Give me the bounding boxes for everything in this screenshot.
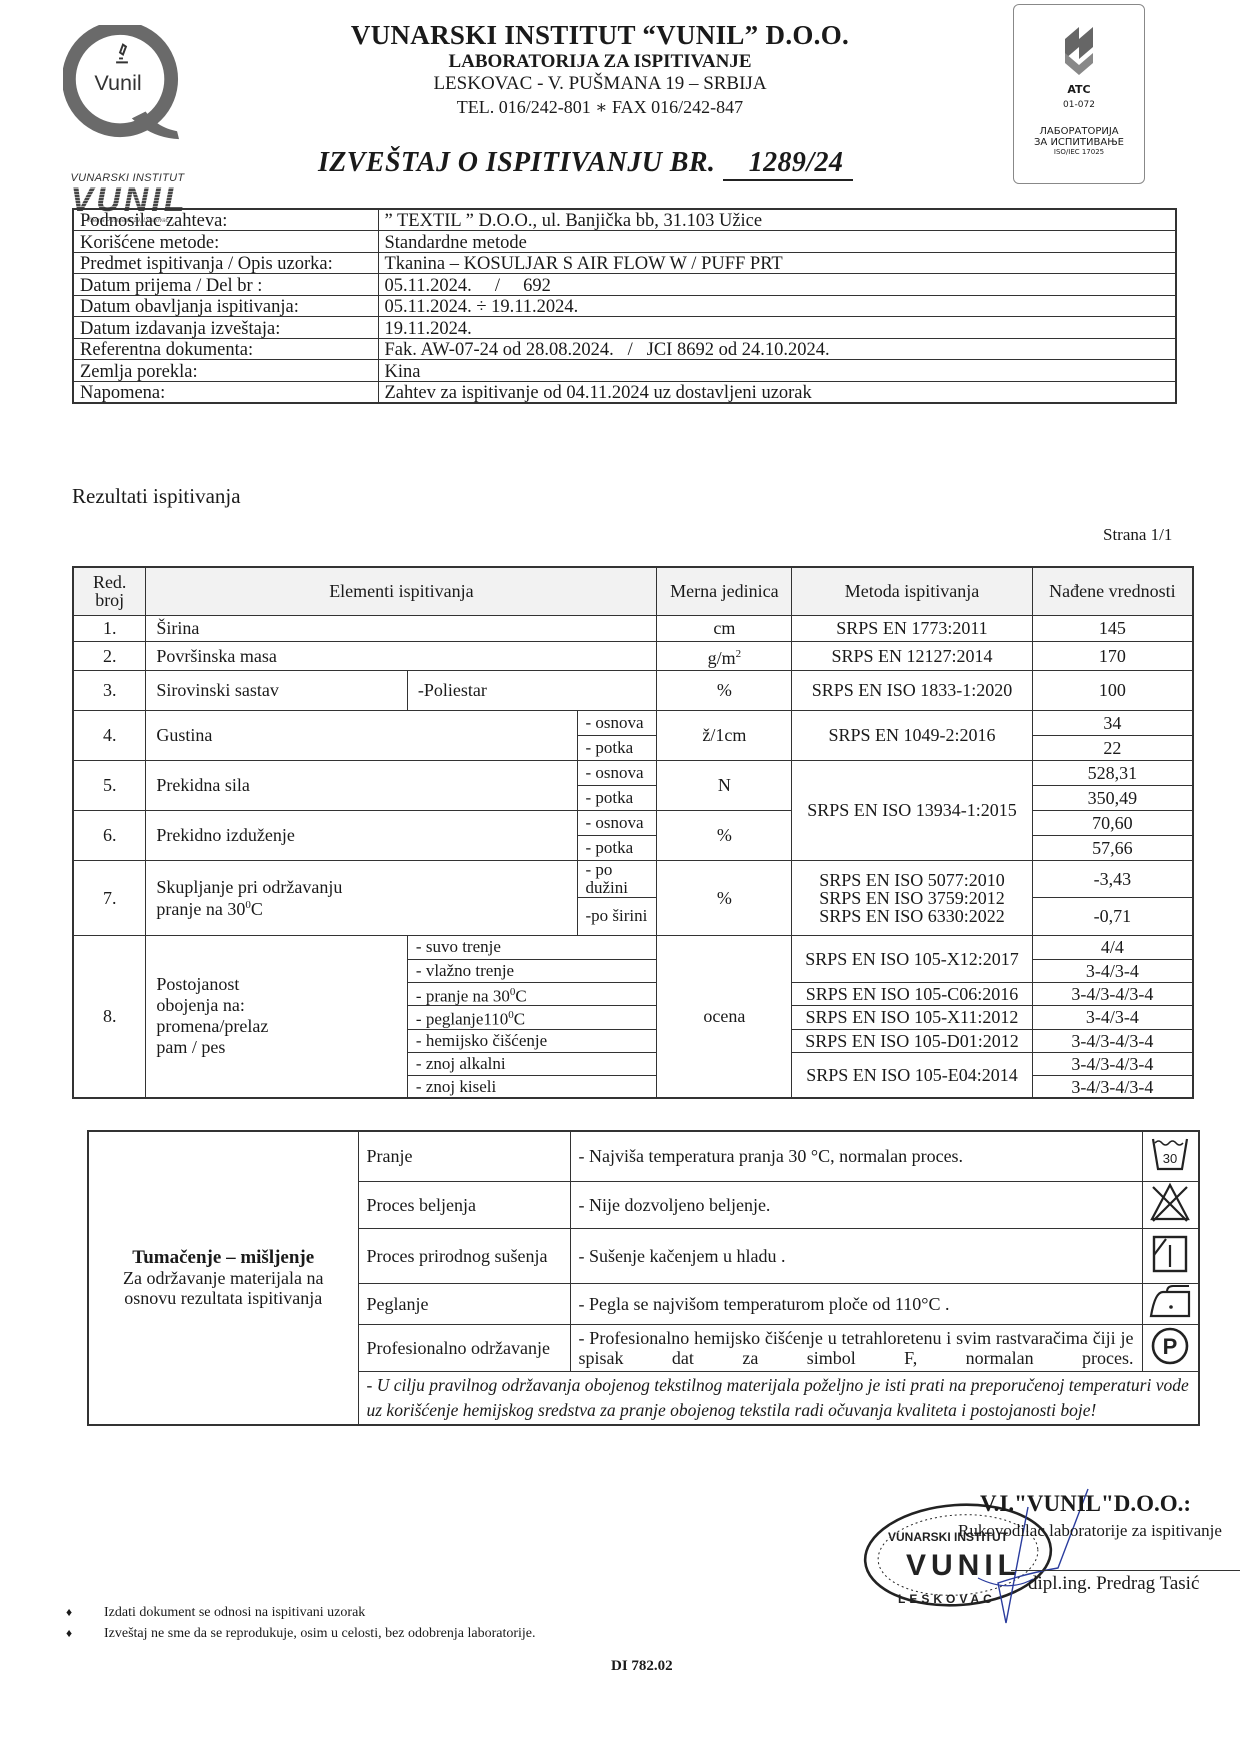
info-value: Standardne metode <box>378 231 1176 253</box>
care-intro-title: Tumačenje – mišljenje <box>132 1247 314 1268</box>
results-table: Red. broj Elementi ispitivanja Merna jed… <box>72 566 1194 1099</box>
lab-address: LESKOVAC - V. PUŠMANA 19 – SRBIJA <box>300 73 900 95</box>
row-value: -3,43 <box>1032 860 1193 897</box>
row-value: 145 <box>1032 615 1193 641</box>
row-unit: ž/1cm <box>657 710 792 760</box>
row-sub-element: - osnova <box>577 810 657 835</box>
care-label: Peglanje <box>358 1283 570 1324</box>
q-logo-icon: Vunil <box>63 25 181 143</box>
atc-mark-icon <box>1059 25 1099 75</box>
info-value: Kina <box>378 360 1176 382</box>
footer-note: ♦ Izveštaj ne sme da se reprodukuje, osi… <box>66 1623 536 1644</box>
info-label: Korišćene metode: <box>73 231 378 253</box>
bullet-icon: ♦ <box>66 1623 104 1644</box>
row-unit: g/m2 <box>657 641 792 670</box>
row-sub-element: - osnova <box>577 760 657 785</box>
row-element: Prekidno izduženje <box>146 810 577 860</box>
row-value: 70,60 <box>1032 810 1193 835</box>
info-row: Predmet ispitivanja / Opis uzorka:Tkanin… <box>73 252 1176 274</box>
letterhead: VUNARSKI INSTITUT “VUNIL” D.O.O. LABORAT… <box>300 20 900 118</box>
care-intro-text: Za održavanje materijala na osnovu rezul… <box>123 1268 323 1308</box>
svg-text:VUNIL: VUNIL <box>906 1549 1021 1582</box>
atc-standard: ISO/IEC 17025 <box>1014 148 1144 156</box>
report-title-label: IZVEŠTAJ O ISPITIVANJU BR. <box>318 147 715 178</box>
header-method: Metoda ispitivanja <box>792 567 1033 615</box>
row-value: 34 <box>1032 710 1193 735</box>
row-element: Skupljanje pri održavanju pranje na 300C <box>146 860 577 935</box>
table-row: 7. Skupljanje pri održavanju pranje na 3… <box>73 860 1193 897</box>
row-unit: % <box>657 810 792 860</box>
care-row: Tumačenje – mišljenje Za održavanje mate… <box>88 1131 1199 1181</box>
row-unit: % <box>657 670 792 710</box>
row-unit: ocena <box>657 935 792 1098</box>
row-sub-element: - znoj kiseli <box>407 1075 657 1098</box>
signature-company: V.I."VUNIL"D.O.O.: <box>980 1491 1191 1517</box>
results-title: Rezultati ispitivanja <box>72 484 241 509</box>
info-row: Datum obavljanja ispitivanja:05.11.2024.… <box>73 295 1176 317</box>
row-value: 4/4 <box>1032 935 1193 959</box>
header-element: Elementi ispitivanja <box>146 567 657 615</box>
table-row: 3. Sirovinski sastav -Poliestar % SRPS E… <box>73 670 1193 710</box>
info-row: Datum izdavanja izveštaja:19.11.2024. <box>73 317 1176 339</box>
row-sub-element: -po širini <box>577 897 657 935</box>
info-value: 19.11.2024. <box>378 317 1176 339</box>
row-value: 350,49 <box>1032 785 1193 810</box>
footer-note: ♦ Izdati dokument se odnosi na ispitivan… <box>66 1602 536 1623</box>
signature-line <box>1011 1570 1240 1571</box>
header-unit: Merna jedinica <box>657 567 792 615</box>
row-unit: cm <box>657 615 792 641</box>
row-element: Postojanost obojenja na: promena/prelaz … <box>146 935 408 1098</box>
accreditation-badge: ATC 01-072 ЛАБОРАТОРИЈА ЗА ИСПИТИВАЊЕ IS… <box>1013 4 1145 184</box>
row-num: 2. <box>73 641 146 670</box>
row-value: 100 <box>1032 670 1193 710</box>
row-value: 3-4/3-4 <box>1032 1006 1193 1030</box>
row-sub-element: - znoj alkalni <box>407 1052 657 1075</box>
care-instructions-table: Tumačenje – mišljenje Za održavanje mate… <box>87 1130 1200 1426</box>
info-row: Datum prijema / Del br :05.11.2024. / 69… <box>73 274 1176 296</box>
care-label: Proces prirodnog sušenja <box>358 1228 570 1283</box>
row-sub-element: - potka <box>577 735 657 760</box>
row-method: SRPS EN ISO 105-C06:2016 <box>792 982 1033 1006</box>
signature-role: Rukovodilac laboratorije za ispitivanje <box>958 1521 1222 1541</box>
care-text: - Sušenje kačenjem u hladu . <box>570 1228 1142 1283</box>
lab-name: LABORATORIJA ZA ISPITIVANJE <box>300 51 900 73</box>
row-method: SRPS EN ISO 5077:2010 SRPS EN ISO 3759:2… <box>792 860 1033 935</box>
svg-text:LESKOVAC: LESKOVAC <box>898 1592 996 1606</box>
info-row: Napomena:Zahtev za ispitivanje od 04.11.… <box>73 381 1176 403</box>
info-row: Referentna dokumenta:Fak. AW-07-24 od 28… <box>73 338 1176 360</box>
info-label: Podnosilac zahteva: <box>73 209 378 231</box>
footer-notes: ♦ Izdati dokument se odnosi na ispitivan… <box>66 1602 536 1644</box>
info-label: Datum prijema / Del br : <box>73 274 378 296</box>
results-header-row: Red. broj Elementi ispitivanja Merna jed… <box>73 567 1193 615</box>
care-text: - Profesionalno hemijsko čišćenje u tetr… <box>570 1324 1142 1371</box>
info-row: Podnosilac zahteva:” TEXTIL ” D.O.O., ul… <box>73 209 1176 231</box>
request-info-table: Podnosilac zahteva:” TEXTIL ” D.O.O., ul… <box>72 208 1177 404</box>
row-sub-element: - peglanje1100C <box>407 1006 657 1030</box>
row-num: 4. <box>73 710 146 760</box>
iron-low-icon <box>1142 1283 1199 1324</box>
info-label: Datum izdavanja izveštaja: <box>73 317 378 339</box>
row-value: 3-4/3-4/3-4 <box>1032 1029 1193 1052</box>
info-value: Zahtev za ispitivanje od 04.11.2024 uz d… <box>378 381 1176 403</box>
care-label: Profesionalno održavanje <box>358 1324 570 1371</box>
row-method: SRPS EN ISO 105-D01:2012 <box>792 1029 1033 1052</box>
row-num: 1. <box>73 615 146 641</box>
atc-code: 01-072 <box>1014 100 1144 110</box>
report-number: 1289/24 <box>723 147 854 181</box>
row-sub-element: - vlažno trenje <box>407 959 657 982</box>
lab-contact: TEL. 016/242-801 ∗ FAX 016/242-847 <box>300 97 900 118</box>
atc-name: ATC <box>1014 83 1144 96</box>
row-method: SRPS EN ISO 1833-1:2020 <box>792 670 1033 710</box>
page-label: Strana 1/1 <box>1103 525 1172 545</box>
row-value: 170 <box>1032 641 1193 670</box>
info-value: 05.11.2024. ÷ 19.11.2024. <box>378 295 1176 317</box>
info-label: Datum obavljanja ispitivanja: <box>73 295 378 317</box>
care-label: Proces beljenja <box>358 1181 570 1228</box>
svg-text:30: 30 <box>1163 1151 1177 1166</box>
info-value: Fak. AW-07-24 od 28.08.2024. / JCI 8692 … <box>378 338 1176 360</box>
care-text: - Najviša temperatura pranja 30 °C, norm… <box>570 1131 1142 1181</box>
row-method: SRPS EN ISO 105-X11:2012 <box>792 1006 1033 1030</box>
table-row: 4. Gustina - osnova ž/1cm SRPS EN 1049-2… <box>73 710 1193 735</box>
atc-line-1: ЛАБОРАТОРИЈА <box>1014 126 1144 137</box>
care-intro: Tumačenje – mišljenje Za održavanje mate… <box>88 1131 358 1425</box>
row-method: SRPS EN 12127:2014 <box>792 641 1033 670</box>
line-dry-shade-icon <box>1142 1228 1199 1283</box>
info-row: Korišćene metode:Standardne metode <box>73 231 1176 253</box>
info-label: Napomena: <box>73 381 378 403</box>
row-sub-element: - suvo trenje <box>407 935 657 959</box>
no-bleach-icon <box>1142 1181 1199 1228</box>
row-method: SRPS EN ISO 13934-1:2015 <box>792 760 1033 860</box>
row-num: 8. <box>73 935 146 1098</box>
header-num: Red. broj <box>73 567 146 615</box>
row-sub-element: - po dužini <box>577 860 657 897</box>
row-element: Prekidna sila <box>146 760 577 810</box>
row-method: SRPS EN ISO 105-E04:2014 <box>792 1052 1033 1098</box>
svg-text:P: P <box>1163 1334 1178 1359</box>
row-sub-element: - potka <box>577 835 657 860</box>
row-sub-element: - hemijsko čišćenje <box>407 1029 657 1052</box>
info-label: Predmet ispitivanja / Opis uzorka: <box>73 252 378 274</box>
row-value: 22 <box>1032 735 1193 760</box>
row-method: SRPS EN ISO 105-X12:2017 <box>792 935 1033 982</box>
row-element: Površinska masa <box>146 641 657 670</box>
bullet-icon: ♦ <box>66 1602 104 1623</box>
row-num: 5. <box>73 760 146 810</box>
atc-line-2: ЗА ИСПИТИВАЊЕ <box>1014 137 1144 148</box>
care-text: - Nije dozvoljeno beljenje. <box>570 1181 1142 1228</box>
svg-text:Vunil: Vunil <box>94 70 141 95</box>
row-value: -0,71 <box>1032 897 1193 935</box>
care-text: - Pegla se najvišom temperaturom ploče o… <box>570 1283 1142 1324</box>
care-label: Pranje <box>358 1131 570 1181</box>
info-value: 05.11.2024. / 692 <box>378 274 1176 296</box>
row-element: Širina <box>146 615 657 641</box>
header-value: Nađene vrednosti <box>1032 567 1193 615</box>
info-value: Tkanina – KOSULJAR S AIR FLOW W / PUFF P… <box>378 252 1176 274</box>
row-value: 3-4/3-4/3-4 <box>1032 1075 1193 1098</box>
wash-30-icon: 30 <box>1142 1131 1199 1181</box>
row-num: 6. <box>73 810 146 860</box>
info-row: Zemlja porekla:Kina <box>73 360 1176 382</box>
row-sub-element: - pranje na 300C <box>407 982 657 1006</box>
row-value: 3-4/3-4/3-4 <box>1032 982 1193 1006</box>
info-label: Zemlja porekla: <box>73 360 378 382</box>
row-value: 3-4/3-4 <box>1032 959 1193 982</box>
row-value: 528,31 <box>1032 760 1193 785</box>
info-value: ” TEXTIL ” D.O.O., ul. Banjička bb, 31.1… <box>378 209 1176 231</box>
signature-block: VUNARSKI INSTITUT VUNIL LESKOVAC V.I."VU… <box>858 1483 1238 1633</box>
row-unit: N <box>657 760 792 810</box>
info-label: Referentna dokumenta: <box>73 338 378 360</box>
table-row: 5. Prekidna sila - osnova N SRPS EN ISO … <box>73 760 1193 785</box>
row-num: 3. <box>73 670 146 710</box>
row-value: 3-4/3-4/3-4 <box>1032 1052 1193 1075</box>
table-row: 2. Površinska masa g/m2 SRPS EN 12127:20… <box>73 641 1193 670</box>
table-row: 1. Širina cm SRPS EN 1773:2011 145 <box>73 615 1193 641</box>
document-code: DI 782.02 <box>611 1658 673 1675</box>
row-element: Sirovinski sastav <box>146 670 408 710</box>
institute-logo: Vunil VUNARSKI INSTITUT VUNIL Vijema Puš… <box>55 25 200 200</box>
report-title: IZVEŠTAJ O ISPITIVANJU BR. 1289/24 <box>318 147 853 181</box>
institute-name: VUNARSKI INSTITUT “VUNIL” D.O.O. <box>300 20 900 51</box>
row-sub-element: - potka <box>577 785 657 810</box>
row-method: SRPS EN 1773:2011 <box>792 615 1033 641</box>
row-sub-element: - osnova <box>577 710 657 735</box>
dry-clean-p-icon: P <box>1142 1324 1199 1371</box>
row-unit: % <box>657 860 792 935</box>
row-num: 7. <box>73 860 146 935</box>
row-sub-element: -Poliestar <box>407 670 657 710</box>
row-element: Gustina <box>146 710 577 760</box>
table-row: 8. Postojanost obojenja na: promena/prel… <box>73 935 1193 959</box>
signature-name: dipl.ing. Predrag Tasić <box>1028 1573 1199 1595</box>
row-value: 57,66 <box>1032 835 1193 860</box>
row-method: SRPS EN 1049-2:2016 <box>792 710 1033 760</box>
care-note: - U cilju pravilnog održavanja obojenog … <box>358 1371 1199 1425</box>
